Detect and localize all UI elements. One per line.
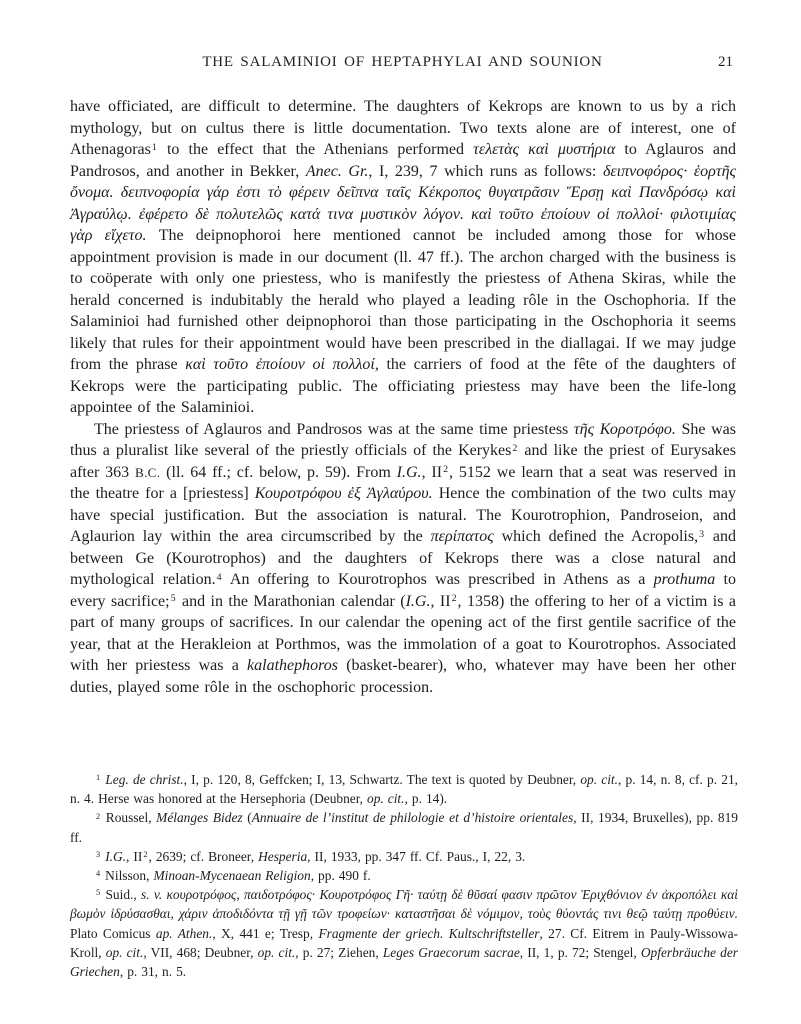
footnote: 5 Suid., s. v. κουροτρόφος, παιδοτρόφος·… [70,885,738,981]
text-run: , X, 441 e; Tresp, [212,926,318,941]
text-run: ap. Athen. [156,926,212,941]
text-run: op. cit. [367,791,405,806]
text-run: An offering to Kourotrophos was prescrib… [223,571,654,588]
text-run: , I, 239, 7 which runs as follows: [368,163,603,180]
text-run: , II [422,464,443,481]
page-header: THE SALAMINIOI OF HEPTAPHYLAI AND SOUNIO… [70,54,735,74]
text-run: and in the Marathonian calendar ( [177,593,406,610]
text-run: (ll. 64 ff.; cf. below, p. 59). From [160,464,396,481]
text-run: Plato Comicus [70,926,156,941]
text-run: Leges Graecorum sacrae [383,945,520,960]
footnote: 2 Roussel, Mélanges Bidez (Annuaire de l… [70,808,738,846]
text-run: τελετὰς καὶ μυστήρια [473,141,615,158]
text-run: , II [126,849,142,864]
text-run: which defined the Acropolis, [494,528,698,545]
scanned-page: THE SALAMINIOI OF HEPTAPHYLAI AND SOUNIO… [0,0,801,1024]
text-run: Annuaire de l’institut de philologie et … [252,810,573,825]
text-run: kalathephoros [247,657,338,674]
text-run: καὶ τοῦτο ἐποίουν οἱ πολλοί [185,356,375,373]
text-run: , p. 31, n. 5. [120,964,186,979]
text-run: I.G. [397,464,422,481]
text-run: , II, 1933, pp. 347 ff. Cf. Paus., I, 22… [307,849,525,864]
text-run: 2 [442,464,449,475]
text-run: op. cit. [258,945,296,960]
footnote: 3 I.G., II2, 2639; cf. Broneer, Hesperia… [70,847,738,866]
text-run: , II, 1, p. 72; Stengel, [520,945,641,960]
text-run: τῆς Κοροτρόφο. [574,421,676,438]
text-run: 3 [698,529,705,540]
text-run: Suid., [101,887,141,902]
running-title: THE SALAMINIOI OF HEPTAPHYLAI AND SOUNIO… [70,54,735,71]
text-run: Minoan-Mycenaean Religion [153,868,310,883]
text-run: Anec. Gr. [306,163,369,180]
text-run: I.G. [406,593,431,610]
text-run: I.G. [105,849,126,864]
text-run: , 2639; cf. Broneer, [148,849,258,864]
text-run: περίπατος [431,528,494,545]
text-run: , p. 14). [405,791,448,806]
footnote: 4 Nilsson, Minoan-Mycenaean Religion, pp… [70,866,738,885]
text-run: Fragmente der griech. Kultschriftsteller [318,926,539,941]
text-run: Nilsson, [101,868,153,883]
text-run: κουροτρόφος, παιδοτρόφος· Κουροτρόφος Γῆ… [70,887,738,921]
paragraph: The priestess of Aglauros and Pandrosos … [70,419,736,699]
text-run: 1 [151,142,158,153]
page-number: 21 [718,54,733,71]
text-run: op. cit. [106,945,144,960]
text-run: B.C. [135,465,160,480]
paragraph: have officiated, are difficult to determ… [70,96,736,419]
text-run: Hesperia [258,849,307,864]
text-run: , II [430,593,450,610]
footnote: 1 Leg. de christ., I, p. 120, 8, Geffcke… [70,770,738,808]
body-text: have officiated, are difficult to determ… [70,96,736,698]
text-run: to the effect that the Athenians perform… [158,141,473,158]
text-run: , p. 27; Ziehen, [295,945,383,960]
text-run: The deipnophoroi here mentioned cannot b… [70,227,736,373]
text-run: prothuma [654,571,716,588]
text-run: , VII, 468; Deubner, [143,945,257,960]
text-run: Κουροτρόφου ἐξ Ἀγλαύρου. [255,485,433,502]
text-run: 2 [451,593,458,604]
text-run: 5 [170,593,177,604]
text-run: 4 [216,572,223,583]
text-run: , pp. 490 f. [311,868,371,883]
text-run: Leg. de christ. [105,772,183,787]
text-run: Roussel, [101,810,156,825]
text-run: ( [243,810,252,825]
footnotes: 1 Leg. de christ., I, p. 120, 8, Geffcke… [70,770,738,981]
text-run: op. cit. [580,772,618,787]
text-run: The priestess of Aglauros and Pandrosos … [94,421,574,438]
text-run: , I, p. 120, 8, Geffcken; I, 13, Schwart… [184,772,581,787]
text-run: s. v. [141,887,162,902]
text-run: Mélanges Bidez [156,810,242,825]
